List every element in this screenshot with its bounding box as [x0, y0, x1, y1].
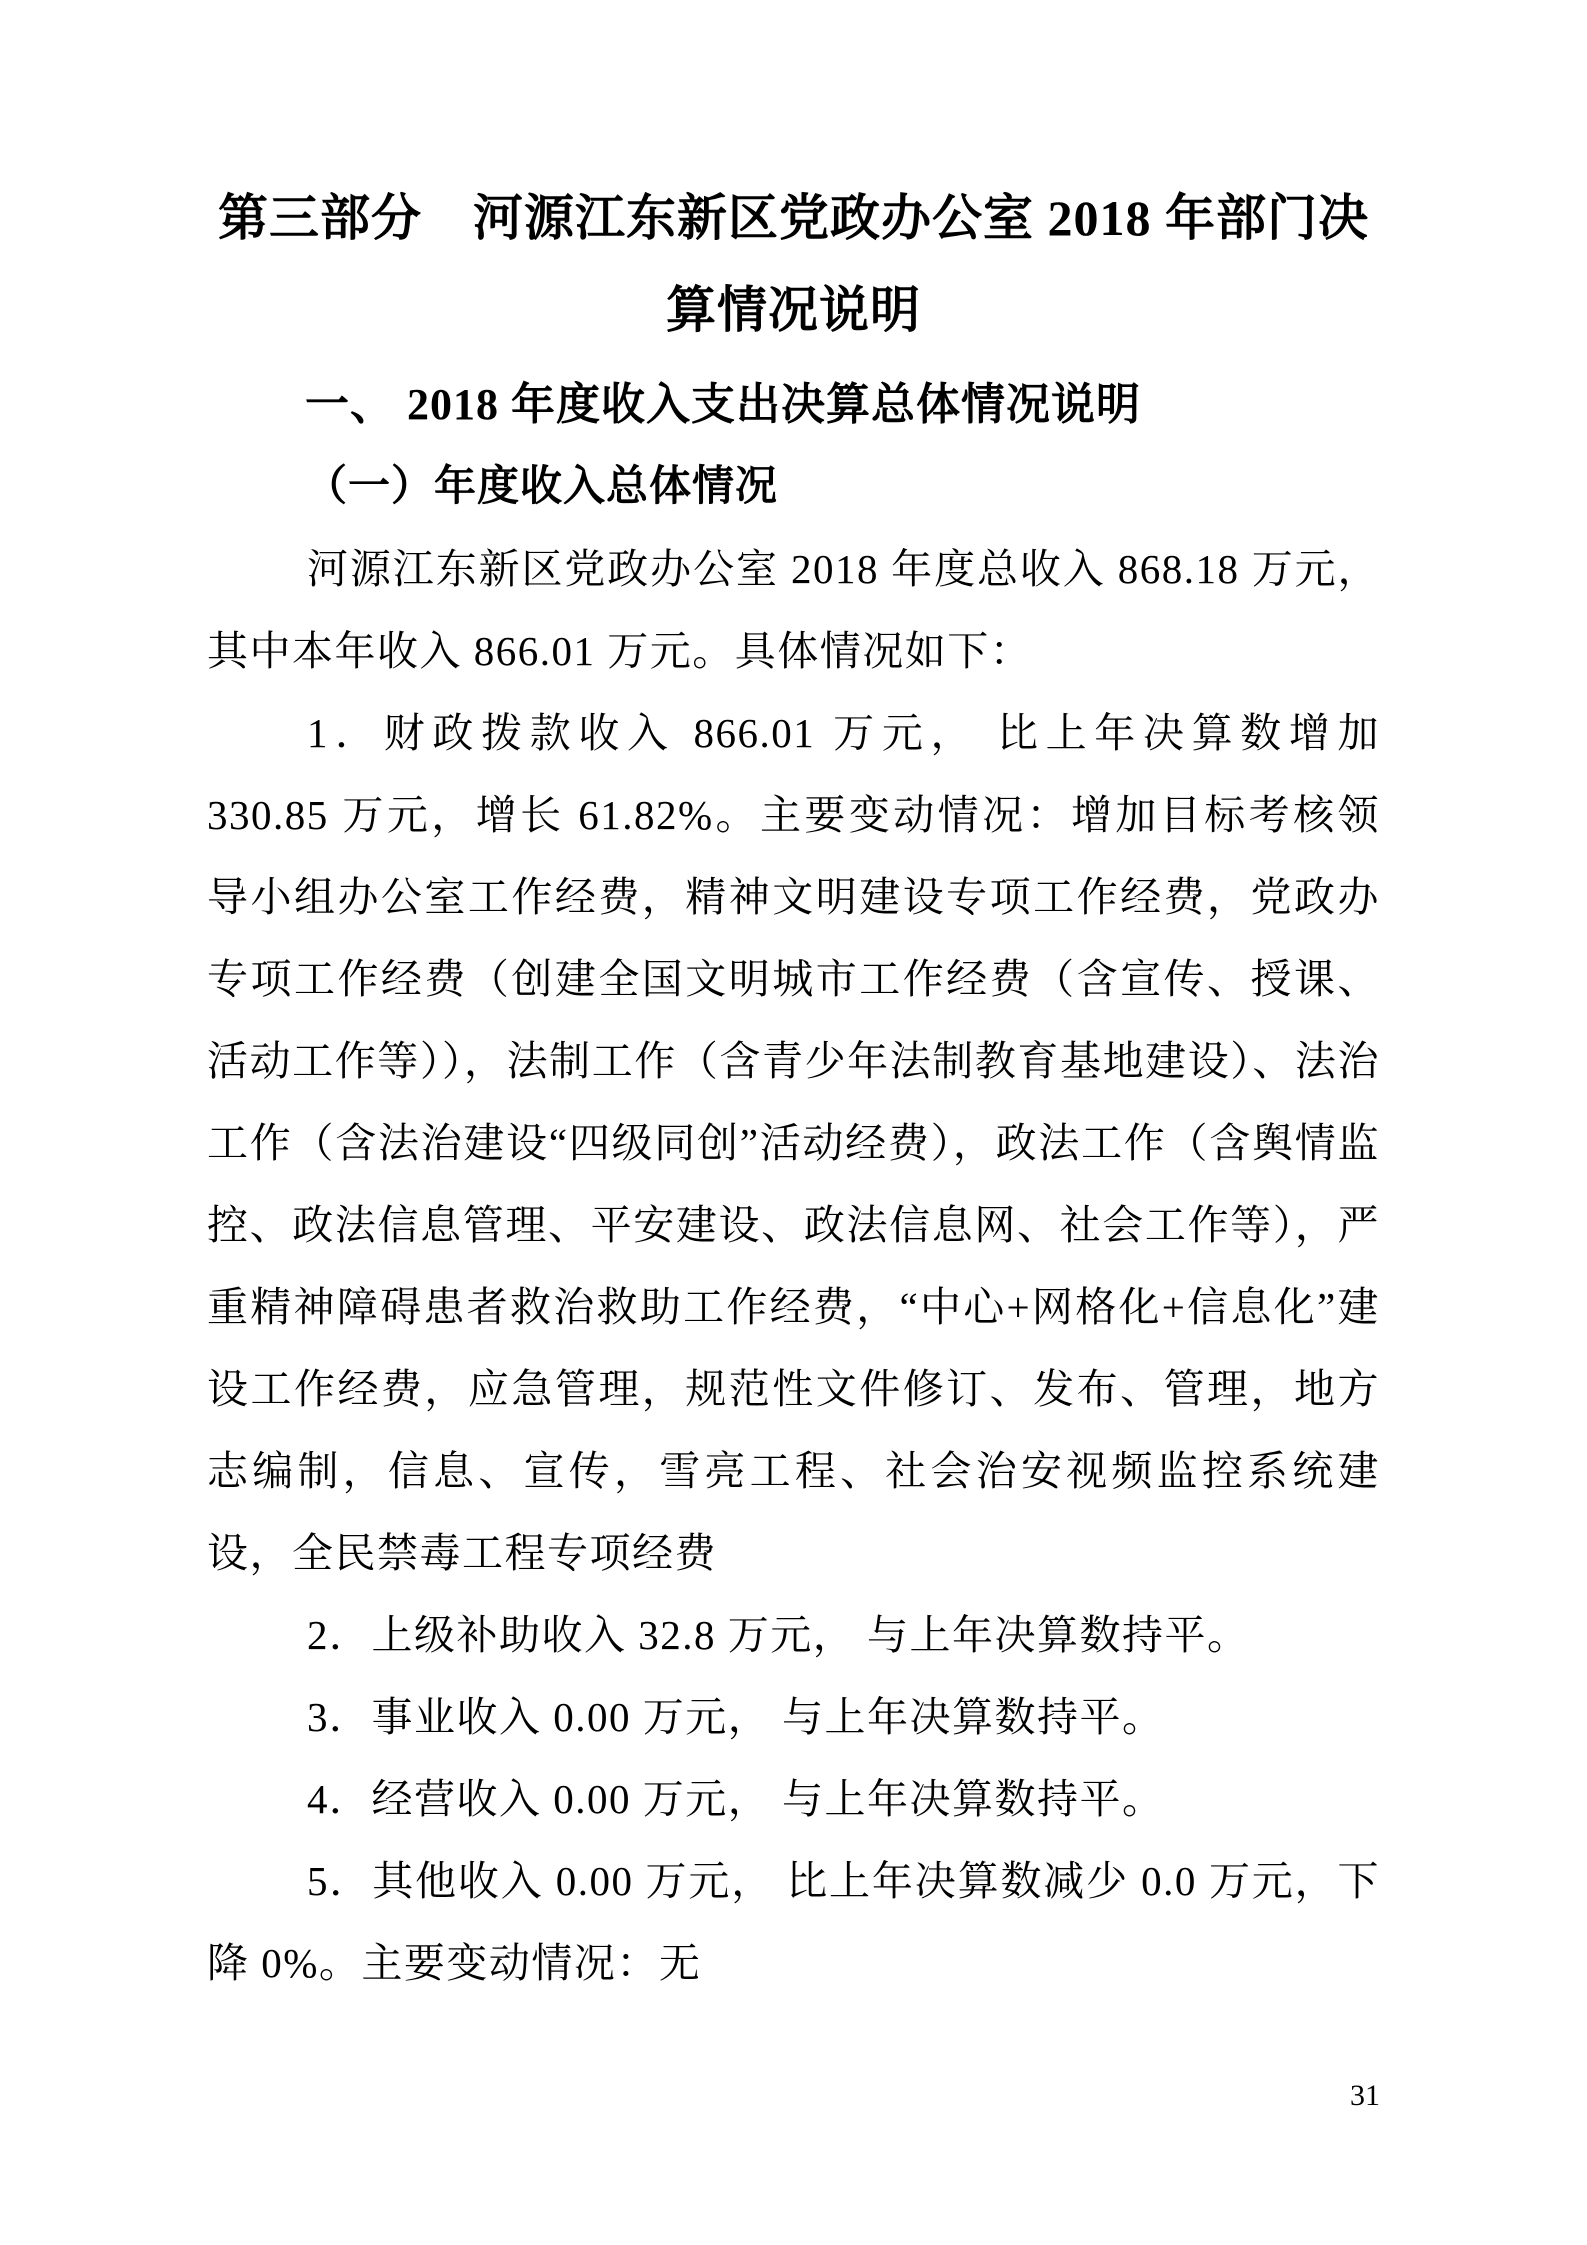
document-page: 第三部分 河源江东新区党政办公室 2018 年部门决算情况说明 一、 2018 … — [0, 0, 1587, 2245]
paragraph-fiscal-allocation-income: 1．财政拨款收入 866.01 万元， 比上年决算数增加 330.85 万元，增… — [207, 692, 1380, 1594]
paragraph-operating-income: 4．经营收入 0.00 万元， 与上年决算数持平。 — [207, 1758, 1380, 1840]
page-number: 31 — [1350, 2078, 1380, 2114]
subsection-heading-annual-income-overview: （一）年度收入总体情况 — [207, 446, 1380, 528]
document-title: 第三部分 河源江东新区党政办公室 2018 年部门决算情况说明 — [207, 172, 1380, 356]
paragraph-other-income: 5．其他收入 0.00 万元， 比上年决算数减少 0.0 万元，下降 0%。主要… — [207, 1840, 1380, 2004]
paragraph-total-income: 河源江东新区党政办公室 2018 年度总收入 868.18 万元，其中本年收入 … — [207, 528, 1380, 692]
section-heading-income-expenditure-overview: 一、 2018 年度收入支出决算总体情况说明 — [207, 364, 1380, 446]
paragraph-public-institution-income: 3．事业收入 0.00 万元， 与上年决算数持平。 — [207, 1676, 1380, 1758]
document-content: 第三部分 河源江东新区党政办公室 2018 年部门决算情况说明 一、 2018 … — [0, 0, 1587, 2004]
paragraph-superior-subsidy-income: 2．上级补助收入 32.8 万元， 与上年决算数持平。 — [207, 1594, 1380, 1676]
